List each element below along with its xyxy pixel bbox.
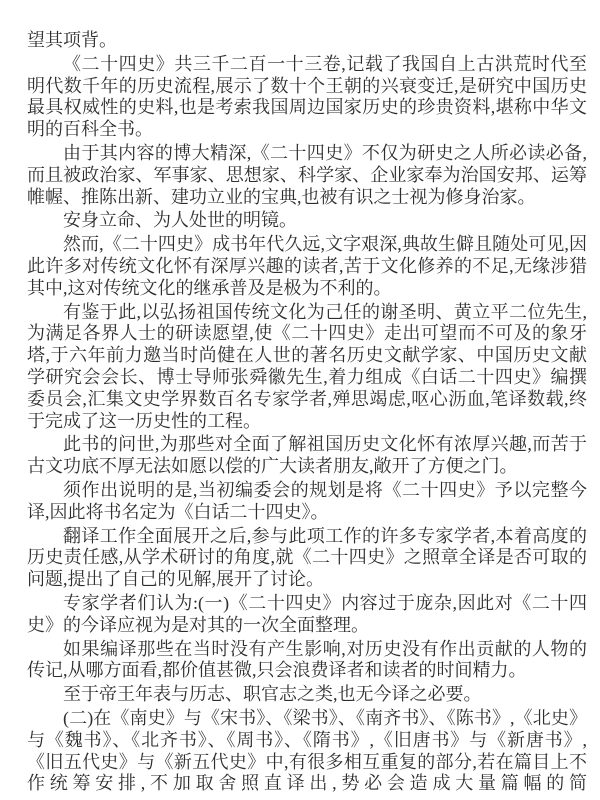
paragraph: 至于帝王年表与历志、职官志之类,也无今译之必要。 [27,684,587,706]
paragraph-continuation-from-previous-page: 望其项背。 [27,30,587,52]
paragraph: 如果编译那些在当时没有产生影响,对历史没有作出贡献的人物的传记,从哪方面看,都价… [27,639,587,683]
paragraph: 由于其内容的博大精深,《二十四史》不仅为研史之人所必读必备,而且被政治家、军事家… [27,143,587,208]
paragraph: 翻译工作全面展开之后,参与此项工作的许多专家学者,本着高度的历史责任感,从学术研… [27,526,587,591]
paragraph: 有鉴于此,以弘扬祖国传统文化为己任的谢圣明、黄立平二位先生,为满足各界人士的研读… [27,302,587,433]
document-page: 望其项背。 《二十四史》共三千二百一十三卷,记载了我国自上古洪荒时代至明代数千年… [0,0,600,800]
paragraph: 此书的问世,为那些对全面了解祖国历史文化怀有浓厚兴趣,而苦于古文功底不厚无法如愿… [27,434,587,478]
paragraph-cut-off-at-page-end: (二)在《南史》与《宋书》、《梁书》、《南齐书》、《陈书》,《北史》与《魏书》、… [27,708,587,795]
paragraph: 《二十四史》共三千二百一十三卷,记载了我国自上古洪荒时代至明代数千年的历史流程,… [27,54,587,141]
paragraph: 安身立命、为人处世的明镜。 [27,210,587,232]
text-column: 望其项背。 《二十四史》共三千二百一十三卷,记载了我国自上古洪荒时代至明代数千年… [27,30,587,795]
paragraph: 专家学者们认为:(一)《二十四史》内容过于庞杂,因此对《二十四史》的今译应视为是… [27,593,587,637]
paragraph: 然而,《二十四史》成书年代久远,文字艰深,典故生僻且随处可见,因此许多对传统文化… [27,234,587,299]
paragraph: 须作出说明的是,当初编委会的规划是将《二十四史》予以完整今译,因此将书名定为《白… [27,480,587,524]
